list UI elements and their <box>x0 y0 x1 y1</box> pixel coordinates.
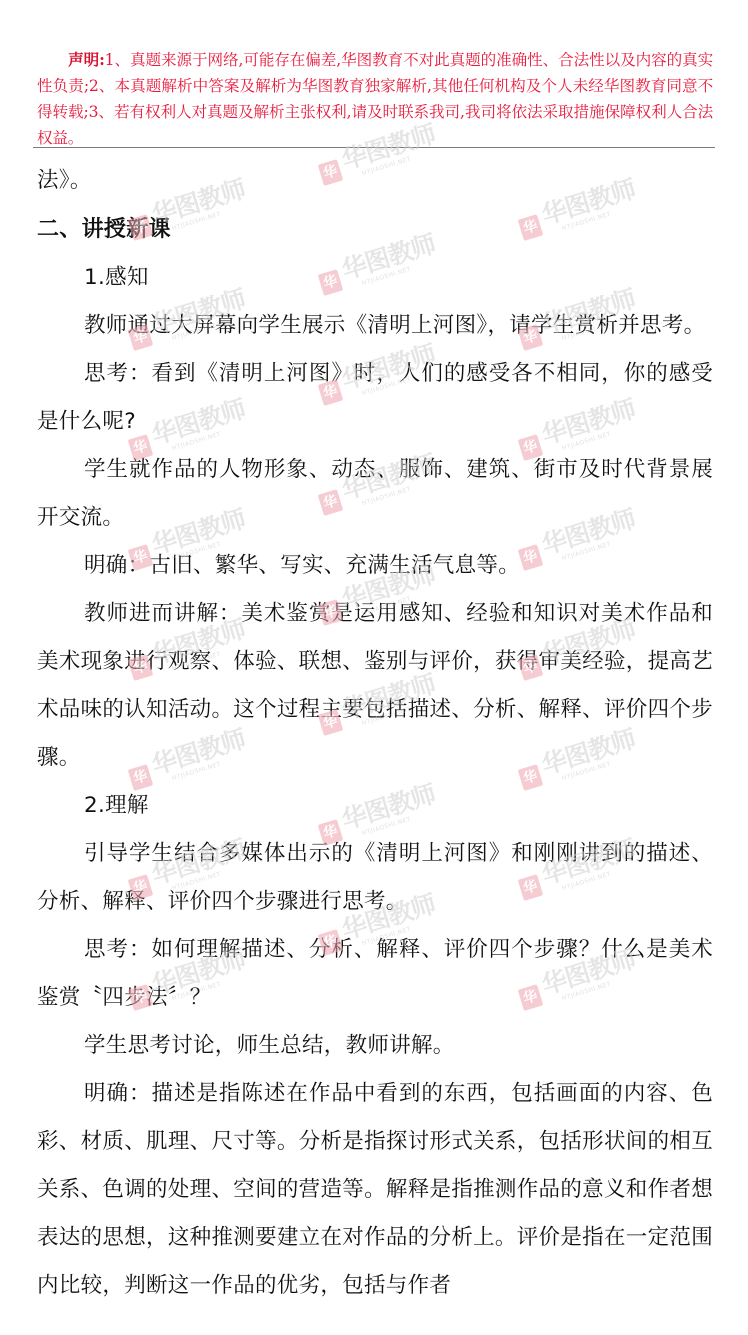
section-heading: 二、讲授新课 <box>37 205 713 254</box>
paragraph: 思考：看到《清明上河图》时，人们的感受各不相同，你的感受是什么呢? <box>37 350 713 446</box>
continuation-text: 法》。 <box>37 157 713 205</box>
paragraph: 教师通过大屏幕向学生展示《清明上河图》，请学生赏析并思考。 <box>37 302 713 350</box>
subsection-title-perception: 1.感知 <box>37 254 713 302</box>
paragraph: 明确：描述是指陈述在作品中看到的东西，包括画面的内容、色彩、材质、肌理、尺寸等。… <box>37 1070 713 1310</box>
paragraph: 学生思考讨论，师生总结，教师讲解。 <box>37 1022 713 1070</box>
header-divider <box>33 147 715 148</box>
paragraph: 教师进而讲解：美术鉴赏是运用感知、经验和知识对美术作品和美术现象进行观察、体验、… <box>37 590 713 782</box>
document-body: 法》。 二、讲授新课 1.感知 教师通过大屏幕向学生展示《清明上河图》，请学生赏… <box>37 157 713 1310</box>
paragraph: 学生就作品的人物形象、动态、服饰、建筑、街市及时代背景展开交流。 <box>37 446 713 542</box>
disclaimer-block: 声明:1、真题来源于网络,可能存在偏差,华图教育不对此真题的准确性、合法性以及内… <box>37 47 713 151</box>
disclaimer-label: 声明: <box>68 50 105 69</box>
subsection-title-understanding: 2.理解 <box>37 782 713 830</box>
paragraph: 引导学生结合多媒体出示的《清明上河图》和刚刚讲到的描述、分析、解释、评价四个步骤… <box>37 830 713 926</box>
paragraph: 思考：如何理解描述、分析、解释、评价四个步骤？什么是美术鉴赏〝四步法〞？ <box>37 926 713 1022</box>
paragraph: 明确：古旧、繁华、写实、充满生活气息等。 <box>37 542 713 590</box>
document-page: 声明:1、真题来源于网络,可能存在偏差,华图教育不对此真题的准确性、合法性以及内… <box>0 0 748 1335</box>
disclaimer-text: 1、真题来源于网络,可能存在偏差,华图教育不对此真题的准确性、合法性以及内容的真… <box>37 51 713 147</box>
